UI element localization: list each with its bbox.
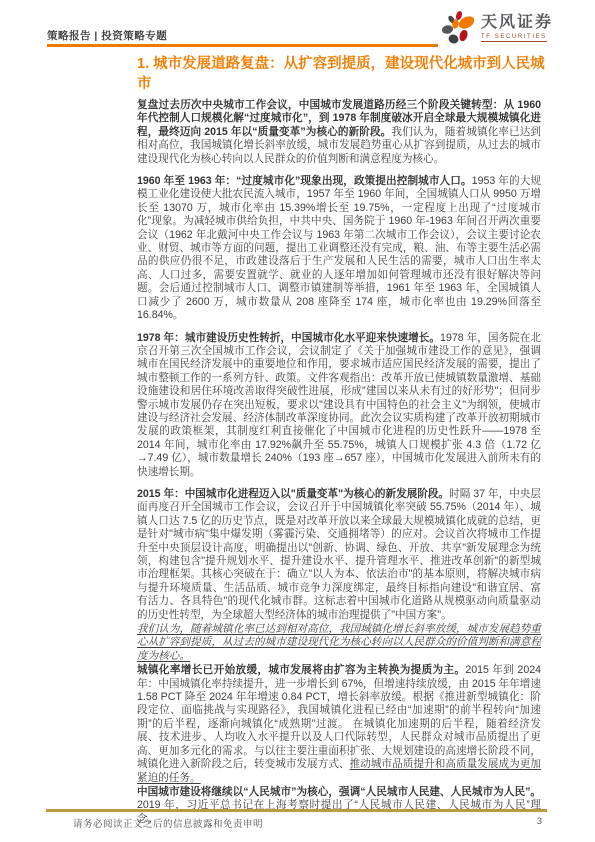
paragraph: 城镇化率增长已开始放缓，城市发展将由扩容为主转换为提质为主。2015 年到 20… bbox=[137, 664, 541, 785]
page-number: 3 bbox=[528, 816, 542, 827]
paragraph: 1960 年至 1963 年：“过度城市化”现象出现，政策提出控制城市人口。19… bbox=[137, 175, 541, 322]
brand-text: 天风证券 TF SECURITIES bbox=[481, 15, 553, 42]
footer-divider bbox=[46, 809, 547, 812]
report-page: 策略报告 | 投资策略专题 天风证券 TF SECURITIES 1. 城市发展… bbox=[0, 0, 595, 842]
text-run-bold: 2015 年：中国城市化进程迈入以"质量变革"为核心的新发展阶段。 bbox=[137, 488, 449, 500]
paragraph: 复盘过去历次中央城市工作会议，中国城市发展道路历经三个阶段关键转型：从 1960… bbox=[137, 99, 541, 166]
brand-subtitle: TF SECURITIES bbox=[481, 34, 547, 42]
report-type-breadcrumb: 策略报告 | 投资策略专题 bbox=[47, 28, 167, 43]
text-run-regular: 1953 年的大规模工业化建设使大批农民流入城市，1957 年至 1960 年间… bbox=[137, 175, 541, 321]
paragraph: 我们认为，随着城镇化率已达到相对高位，我国城镇化增长斜率放缓，城市发展趋势重心从… bbox=[137, 623, 541, 663]
text-run-regular: 2015 年到 2024 年：中国城镇化率持续提升，进一步增长到 67%，但增速… bbox=[137, 664, 541, 770]
section-title: 1. 城市发展道路复盘：从扩容到提质，建设现代化城市到人民城市 bbox=[137, 54, 549, 94]
text-run-regular: 1978 年，国务院在北京召开第三次全国城市工作会议，会议制定了《关于加强城市建… bbox=[137, 332, 541, 478]
body-paragraphs: 复盘过去历次中央城市工作会议，中国城市发展道路历经三个阶段关键转型：从 1960… bbox=[137, 99, 541, 827]
logo-flower-icon bbox=[440, 10, 476, 46]
text-run-bold: 中国城市建设将继续以“人民城市”为核心，强调“人民城市人民建、人民城市为人民”。 bbox=[137, 786, 541, 798]
footer-disclaimer: 请务必阅读正文之后的信息披露和免责申明 bbox=[73, 816, 263, 830]
text-run-bold: 1960 年至 1963 年：“过度城市化”现象出现，政策提出控制城市人口。 bbox=[137, 175, 472, 187]
brand-logo: 天风证券 TF SECURITIES bbox=[438, 10, 555, 48]
text-run-bold: 1978 年：城市建设历史性转折，中国城市化水平迎来快速增长。 bbox=[137, 332, 440, 344]
text-run-regular: 时隔 37 年，中央层面再度召开全国城市工作会议，会议召开于中国城镇化率突破 5… bbox=[137, 488, 541, 621]
paragraph: 2015 年：中国城市化进程迈入以"质量变革"为核心的新发展阶段。时隔 37 年… bbox=[137, 488, 541, 622]
text-run-italic_underline: 我们认为，随着城镇化率已达到相对高位，我国城镇化增长斜率放缓，城市发展趋势重心从… bbox=[137, 623, 541, 662]
text-run-bold: 城镇化率增长已开始放缓，城市发展将由扩容为主转换为提质为主。 bbox=[137, 664, 465, 676]
paragraph: 1978 年：城市建设历史性转折，中国城市化水平迎来快速增长。1978 年，国务… bbox=[137, 332, 541, 479]
brand-name: 天风证券 bbox=[481, 15, 553, 31]
